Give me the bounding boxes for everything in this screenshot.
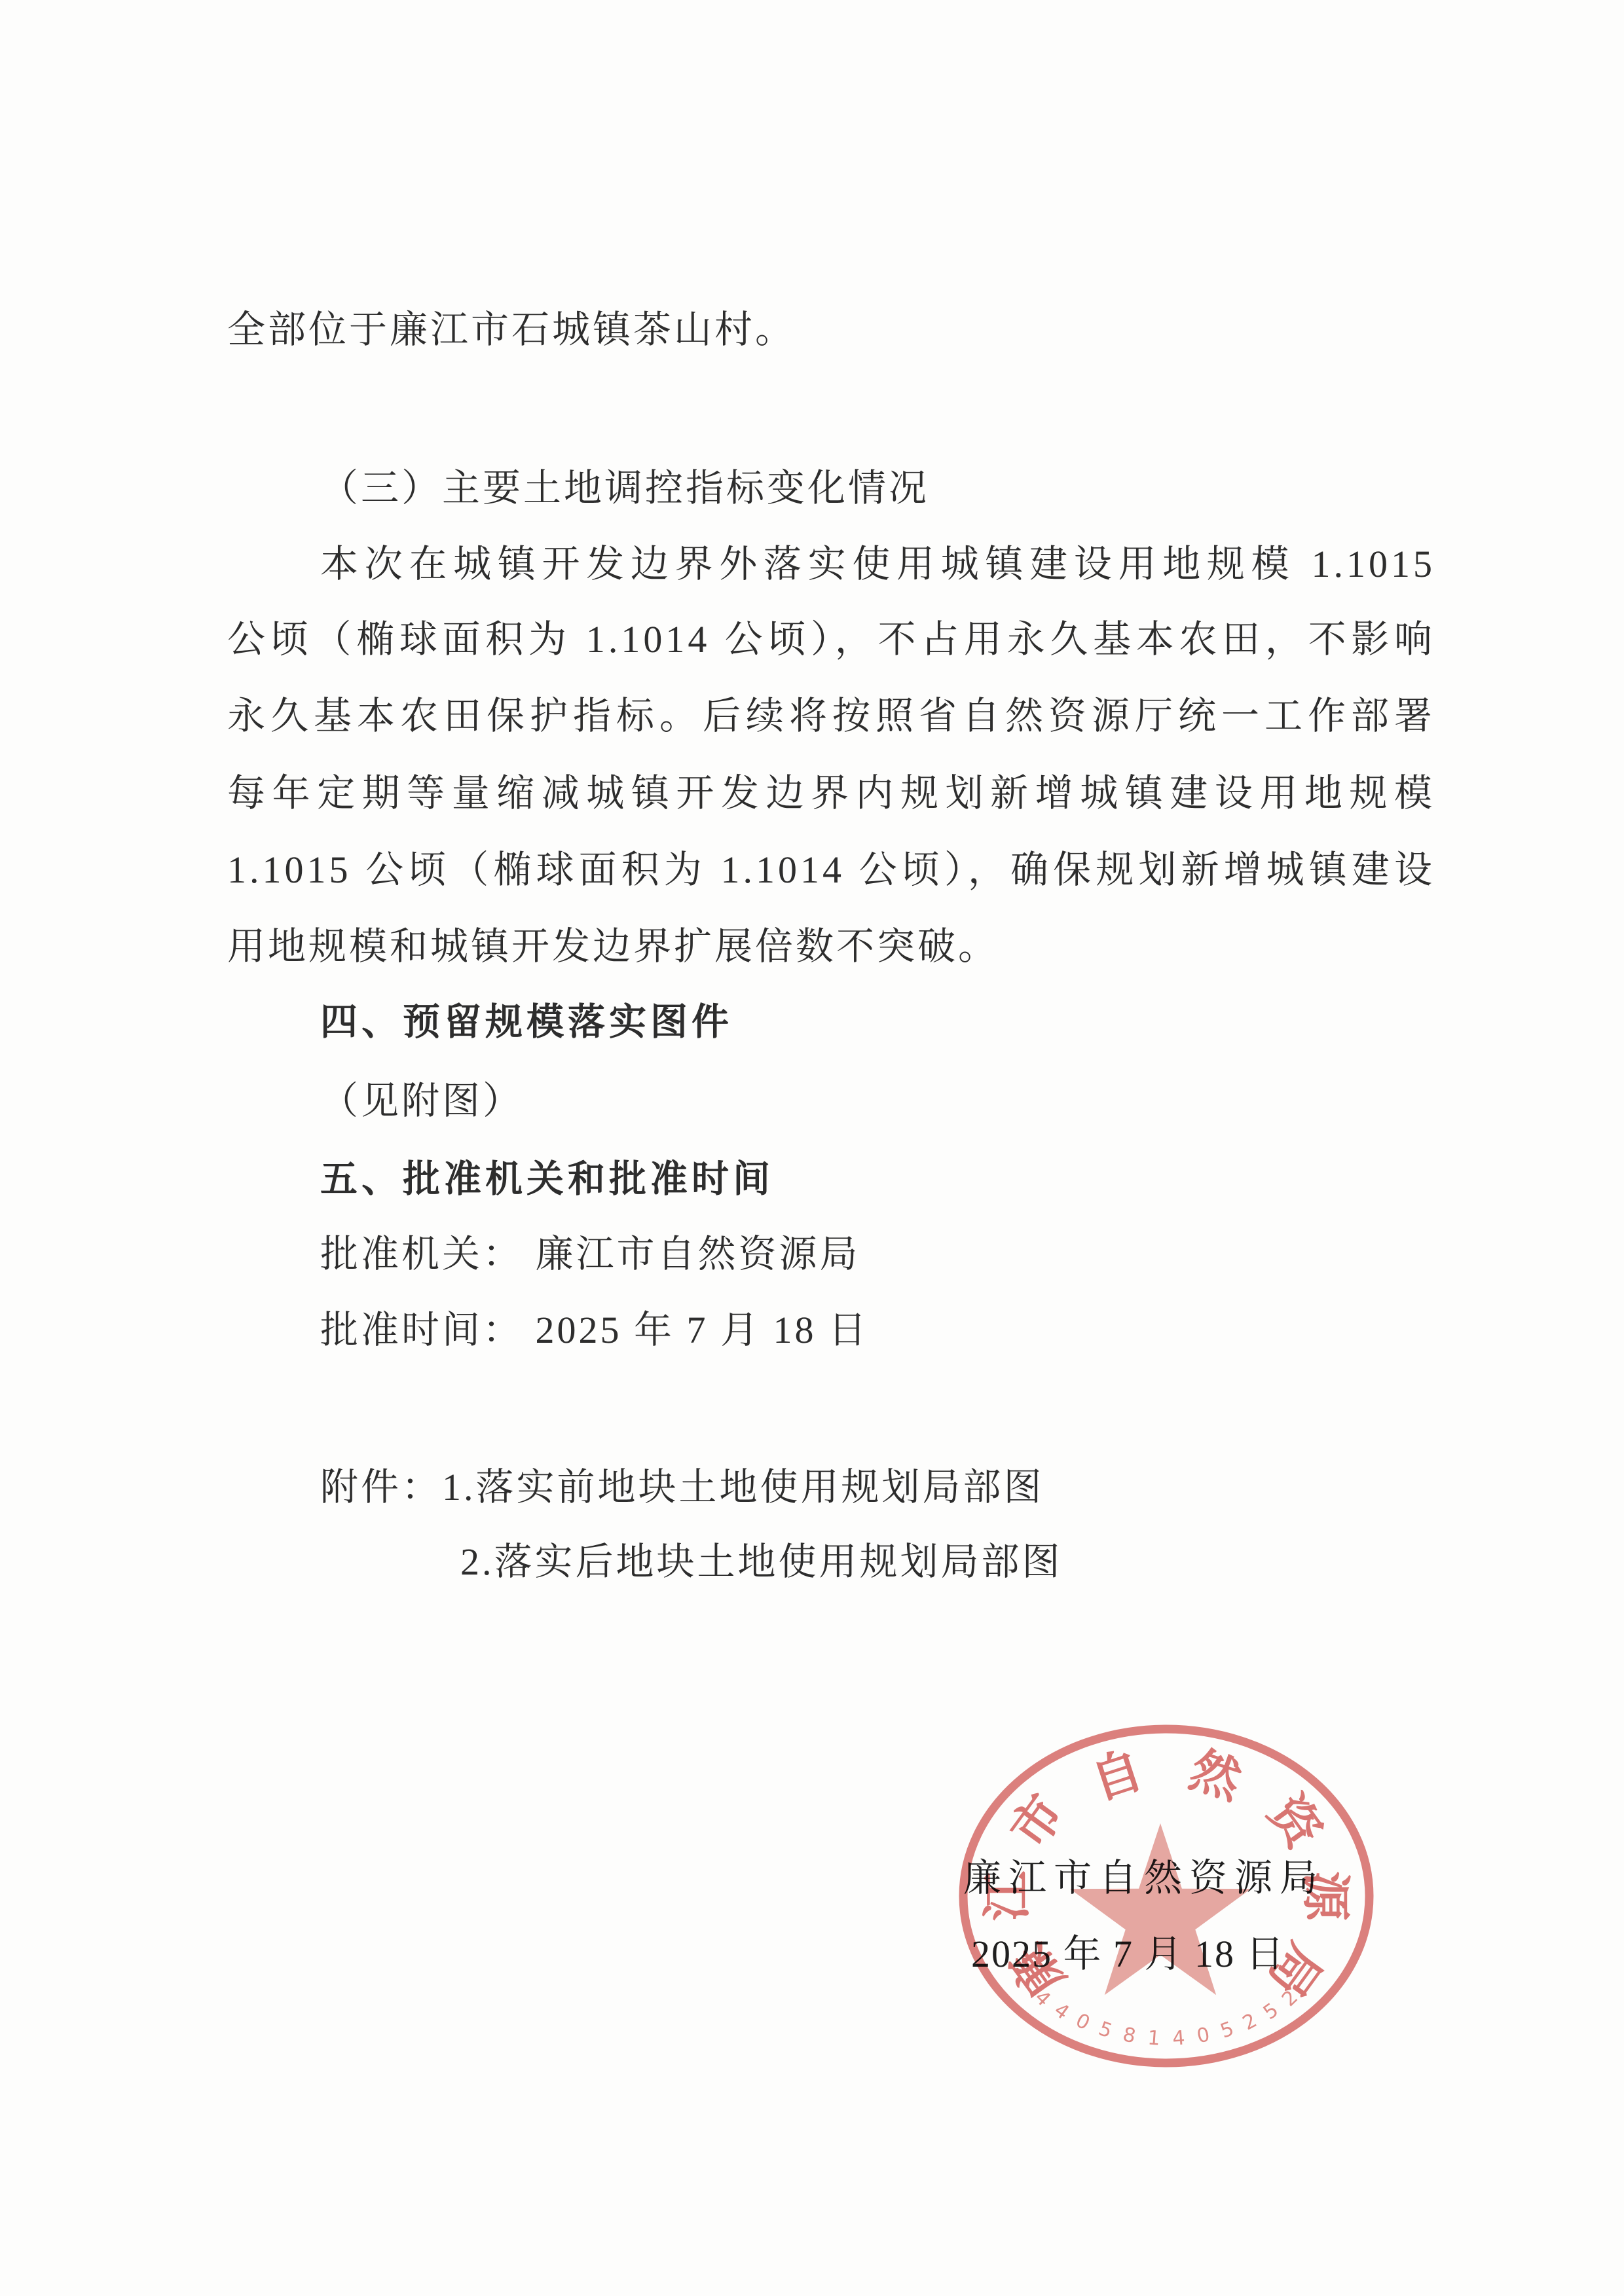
approval-agency-line: 批准机关： 廉江市自然资源局 [320,1232,860,1277]
see-attached-note: （见附图） [320,1079,523,1123]
seal-serial-digit: 5 [1217,2017,1237,2043]
document-page: 全部位于廉江市石城镇茶山村。 （三）主要土地调控指标变化情况 本次在城镇开发边界… [0,0,1624,2296]
seal-serial-number: 4 4 0 5 8 1 4 0 5 2 5 2 [1030,1986,1302,2050]
body-line: 每年定期等量缩减城镇开发边界内规划新增城镇建设用地规模 [227,771,1435,816]
seal-serial-digit: 5 [1096,2017,1115,2043]
section-heading-3: （三）主要土地调控指标变化情况 [320,466,929,511]
signature-date: 2025 年 7 月 18 日 [971,1933,1285,1977]
seal-ring-char: 市 [1001,1786,1075,1859]
body-line: 公顷（椭球面积为 1.1014 公顷），不占用永久基本农田，不影响 [227,617,1435,662]
approval-date-line: 批准时间： 2025 年 7 月 18 日 [320,1308,869,1353]
section-heading-4: 四、预留规模落实图件 [320,1000,733,1044]
section-heading-5: 五、批准机关和批准时间 [320,1157,774,1201]
seal-serial-digit: 4 [1030,1986,1055,2011]
seal-ring-char: 资 [1258,1786,1333,1859]
seal-serial-digit: 2 [1278,1986,1302,2011]
body-line: 1.1015 公顷（椭球面积为 1.1014 公顷），确保规划新增城镇建设 [227,848,1435,892]
attachment-line-1: 附件：1.落实前地块土地使用规划局部图 [320,1465,1044,1510]
attachment-line-2: 2.落实后地块土地使用规划局部图 [460,1540,1063,1584]
seal-serial-digit: 4 [1050,1999,1073,2025]
body-line: 永久基本农田保护指标。后续将按照省自然资源厅统一工作部署 [227,694,1435,738]
body-line: 用地规模和城镇开发边界扩展倍数不突破。 [227,924,999,969]
seal-serial-digit: 5 [1259,1999,1283,2025]
seal-serial-digit: 1 [1147,2026,1160,2050]
signature-agency: 廉江市自然资源局 [963,1857,1325,1901]
body-line: 本次在城镇开发边界外落实使用城镇建设用地规模 1.1015 [320,542,1435,587]
seal-serial-digit: 2 [1239,2009,1261,2035]
seal-ring-char: 自 [1085,1742,1149,1810]
seal-serial-digit: 4 [1172,2026,1185,2050]
seal-serial-digit: 0 [1072,2009,1094,2035]
seal-serial-digit: 8 [1120,2023,1137,2048]
paragraph-continuation-line: 全部位于廉江市石城镇茶山村。 [227,308,796,352]
seal-serial-digit: 0 [1195,2023,1212,2048]
seal-ring-char: 然 [1183,1742,1248,1810]
